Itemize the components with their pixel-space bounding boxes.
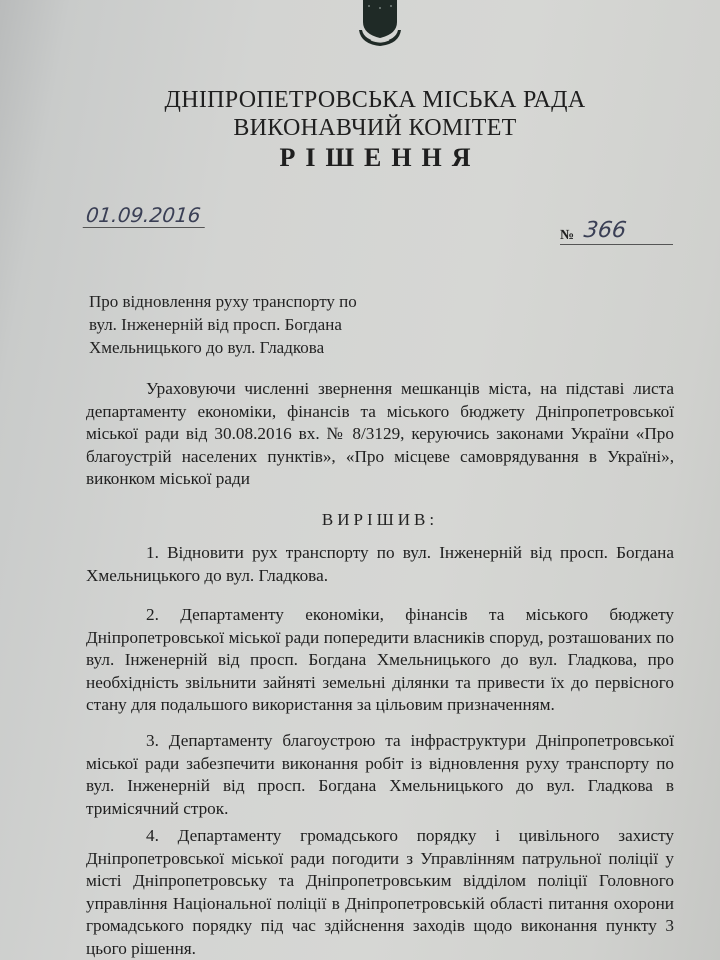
item-text: 1. Відновити рух транспорту по вул. Інже… xyxy=(86,543,674,585)
document-header: ДНІПРОПЕТРОВСЬКА МІСЬКА РАДА ВИКОНАВЧИЙ … xyxy=(0,86,720,172)
resolution-item-1: 1. Відновити рух транспорту по вул. Інже… xyxy=(86,542,674,587)
subject-line: Хмельницького до вул. Гладкова xyxy=(89,336,389,359)
council-name: ДНІПРОПЕТРОВСЬКА МІСЬКА РАДА xyxy=(0,86,720,114)
document-subject: Про відновлення руху транспорту по вул. … xyxy=(89,290,389,359)
coat-of-arms-icon xyxy=(355,0,405,52)
document-number: № 366 xyxy=(560,222,673,245)
item-text: 3. Департаменту благоустрою та інфрастру… xyxy=(86,731,674,818)
item-text: 4. Департаменту громадського порядку і ц… xyxy=(86,826,674,958)
resolution-item-2: 2. Департаменту економіки, фінансів та м… xyxy=(86,604,674,717)
resolution-item-4: 4. Департаменту громадського порядку і ц… xyxy=(86,825,674,960)
preamble-paragraph: Ураховуючи численні звернення мешканців … xyxy=(86,378,674,491)
subject-line: вул. Інженерній від просп. Богдана xyxy=(89,313,389,336)
document-date: 01.09.2016 xyxy=(83,203,208,228)
item-text: 2. Департаменту економіки, фінансів та м… xyxy=(86,605,674,714)
committee-name: ВИКОНАВЧИЙ КОМІТЕТ xyxy=(0,114,720,142)
number-label: № xyxy=(560,228,574,244)
document-page: ДНІПРОПЕТРОВСЬКА МІСЬКА РАДА ВИКОНАВЧИЙ … xyxy=(0,0,720,960)
resolved-heading: ВИРІШИВ: xyxy=(0,510,720,530)
preamble-text: Ураховуючи численні звернення мешканців … xyxy=(86,379,674,488)
subject-line: Про відновлення руху транспорту по xyxy=(89,290,389,313)
resolution-item-3: 3. Департаменту благоустрою та інфрастру… xyxy=(86,730,674,820)
number-value: 366 xyxy=(582,218,628,243)
document-title: РІШЕННЯ xyxy=(0,144,720,172)
